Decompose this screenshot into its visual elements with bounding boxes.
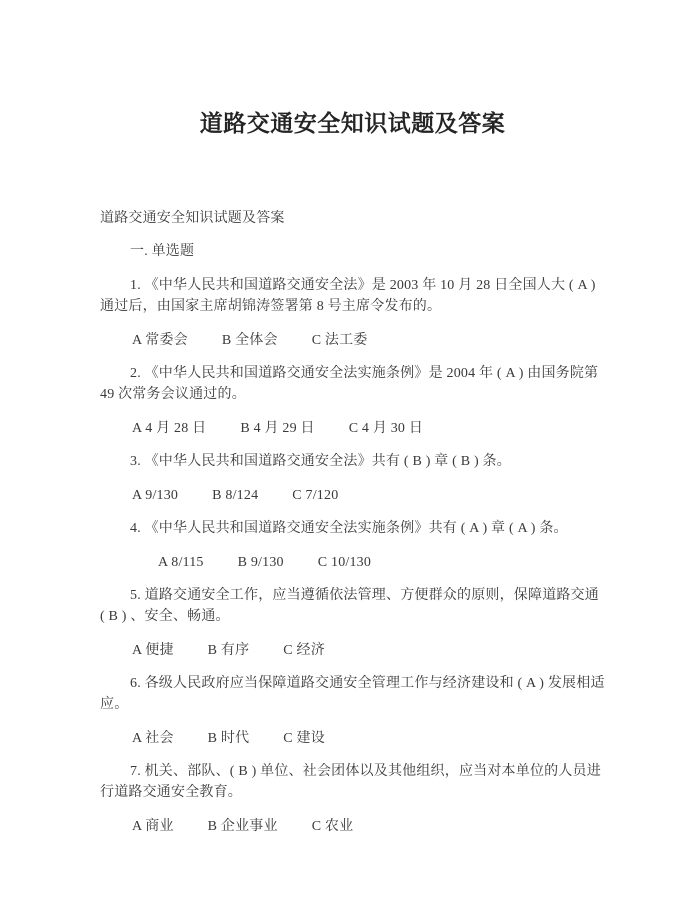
question-text: 6. 各级人民政府应当保障道路交通安全管理工作与经济建设和 ( A ) 发展相适… [100,673,605,715]
question-line: 5. 道路交通安全工作，应当遵循依法管理、方便群众的原则，保障道路交通 [100,585,605,606]
options-row: A 9/130B 8/124C 7/120 [100,485,605,506]
option: A 常委会 [132,330,188,351]
question-line: 通过后，由国家主席胡锦涛签署第 8 号主席令发布的。 [100,296,605,317]
option: A 便捷 [132,640,174,661]
option: C 法工委 [312,330,368,351]
document-page: 道路交通安全知识试题及答案 道路交通安全知识试题及答案 一. 单选题 1. 《中… [0,0,700,905]
question-line: 行道路交通安全教育。 [100,782,605,803]
question-line: 7. 机关、部队、( B ) 单位、社会团体以及其他组织，应当对本单位的人员进 [100,761,605,782]
option: C 经济 [283,640,325,661]
option: A 4 月 28 日 [132,418,206,439]
document-subtitle: 道路交通安全知识试题及答案 [100,208,605,229]
option: C 4 月 30 日 [349,418,423,439]
option: B 9/130 [238,552,284,573]
question-text: 3. 《中华人民共和国道路交通安全法》共有 ( B ) 章 ( B ) 条。 [100,451,605,472]
options-row: A 便捷B 有序C 经济 [100,640,605,661]
questions-container: 1. 《中华人民共和国道路交通安全法》是 2003 年 10 月 28 日全国人… [100,275,605,837]
question-line: 49 次常务会议通过的。 [100,384,605,405]
option: C 7/120 [292,485,338,506]
question-text: 5. 道路交通安全工作，应当遵循依法管理、方便群众的原则，保障道路交通( B )… [100,585,605,627]
question-line: 6. 各级人民政府应当保障道路交通安全管理工作与经济建设和 ( A ) 发展相适 [100,673,605,694]
question-text: 7. 机关、部队、( B ) 单位、社会团体以及其他组织，应当对本单位的人员进行… [100,761,605,803]
document-title: 道路交通安全知识试题及答案 [100,110,605,137]
question-line: 3. 《中华人民共和国道路交通安全法》共有 ( B ) 章 ( B ) 条。 [100,451,605,472]
question-line: 2. 《中华人民共和国道路交通安全法实施条例》是 2004 年 ( A ) 由国… [100,363,605,384]
question-text: 1. 《中华人民共和国道路交通安全法》是 2003 年 10 月 28 日全国人… [100,275,605,317]
option: A 9/130 [132,485,178,506]
question-line: 1. 《中华人民共和国道路交通安全法》是 2003 年 10 月 28 日全国人… [100,275,605,296]
question-text: 4. 《中华人民共和国道路交通安全法实施条例》共有 ( A ) 章 ( A ) … [100,518,605,539]
question-line: 应。 [100,694,605,715]
option: A 商业 [132,816,174,837]
question-line: 4. 《中华人民共和国道路交通安全法实施条例》共有 ( A ) 章 ( A ) … [100,518,605,539]
option: B 有序 [208,640,250,661]
options-row: A 商业B 企业事业C 农业 [100,816,605,837]
option: A 8/115 [158,552,204,573]
question-line: ( B ) 、安全、畅通。 [100,606,605,627]
options-row: A 社会B 时代C 建设 [100,728,605,749]
options-row: A 4 月 28 日B 4 月 29 日C 4 月 30 日 [100,418,605,439]
option: B 8/124 [212,485,258,506]
option: C 农业 [312,816,354,837]
question-text: 2. 《中华人民共和国道路交通安全法实施条例》是 2004 年 ( A ) 由国… [100,363,605,405]
options-row: A 常委会B 全体会C 法工委 [100,330,605,351]
option: B 全体会 [222,330,278,351]
section-heading: 一. 单选题 [100,241,605,262]
option: A 社会 [132,728,174,749]
option: B 企业事业 [208,816,278,837]
option: C 10/130 [318,552,371,573]
option: B 4 月 29 日 [240,418,314,439]
option: B 时代 [208,728,250,749]
options-row: A 8/115B 9/130C 10/130 [100,552,605,573]
option: C 建设 [283,728,325,749]
